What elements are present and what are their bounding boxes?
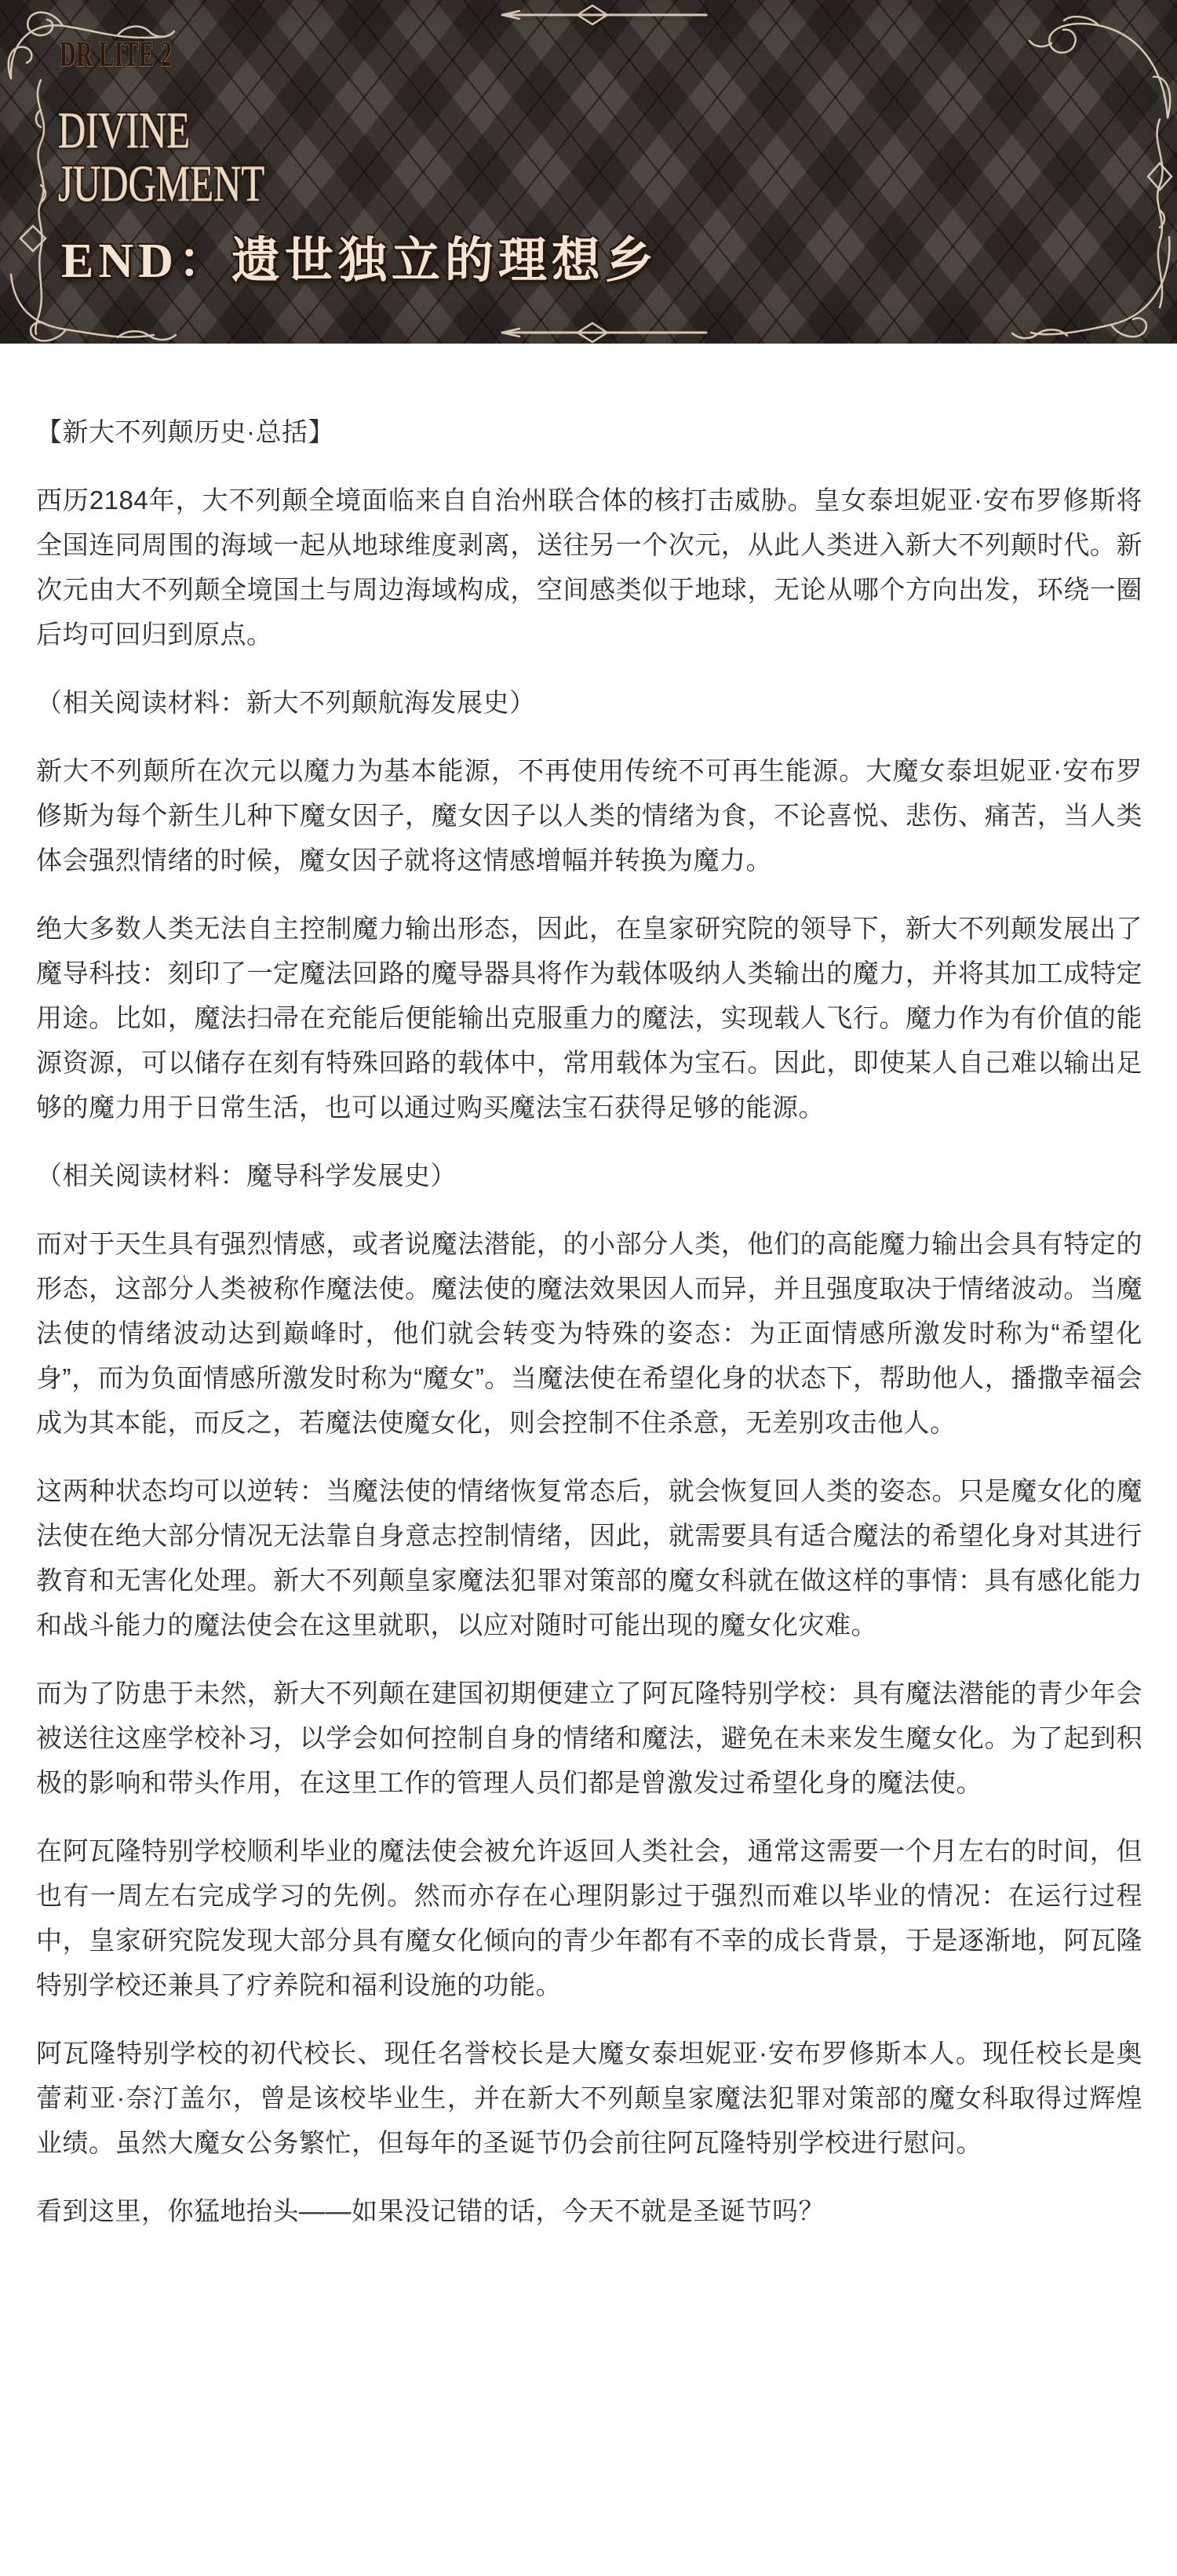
game-title-line-2: JUDGMENT xyxy=(58,158,264,210)
paragraph-avalon-school: 而为了防患于未然，新大不列颠在建国初期便建立了阿瓦隆特别学校：具有魔法潜能的青少… xyxy=(36,1671,1142,1805)
paragraph-mana-energy: 新大不列颠所在次元以魔力为基本能源，不再使用传统不可再生能源。大魔女泰坦妮亚·安… xyxy=(36,748,1142,882)
paragraph-magitech: 绝大多数人类无法自主控制魔力输出形态，因此，在皇家研究院的领导下，新大不列颠发展… xyxy=(36,906,1142,1130)
corner-flourish-top-right xyxy=(1029,16,1170,118)
ending-title: END：遗世独立的理想乡 xyxy=(61,221,658,291)
right-edge-ornament xyxy=(1148,119,1172,307)
paragraph-christmas-realization: 看到这里，你猛地抬头——如果没记错的话，今天不就是圣诞节吗？ xyxy=(36,2189,1142,2233)
paragraph-state-reversal: 这两种状态均可以逆转：当魔法使的情绪恢复常态后，就会恢复回人类的姿态。只是魔女化… xyxy=(36,1468,1142,1647)
corner-flourish-bottom-right xyxy=(1012,237,1169,338)
ending-page: DR LITE 2 DIVINE JUDGMENT END：遗世独立的理想乡 【… xyxy=(0,0,1177,2576)
paragraph-reading-material-1: （相关阅读材料：新大不列颠航海发展史） xyxy=(36,680,1142,725)
paragraph-history-overview: 西历2184年，大不列颠全境面临来自自治州联合体的核打击威胁。皇女泰坦妮亚·安布… xyxy=(36,478,1142,657)
game-logo: DR LITE 2 xyxy=(60,33,172,75)
paragraph-reading-material-2: （相关阅读材料：魔导科学发展史） xyxy=(36,1153,1142,1198)
top-rule-ornament xyxy=(502,5,706,24)
lore-article: 【新大不列颠历史·总括】 西历2184年，大不列颠全境面临来自自治州联合体的核打… xyxy=(0,344,1177,2233)
paragraph-graduation: 在阿瓦隆特别学校顺利毕业的魔法使会被允许返回人类社会，通常这需要一个月左右的时间… xyxy=(36,1828,1142,2007)
paragraph-principals: 阿瓦隆特别学校的初代校长、现任名誉校长是大魔女泰坦妮亚·安布罗修斯本人。现任校长… xyxy=(36,2031,1142,2165)
header-banner: DR LITE 2 DIVINE JUDGMENT END：遗世独立的理想乡 xyxy=(0,0,1177,344)
game-title-line-1: DIVINE xyxy=(58,105,190,157)
left-edge-ornament xyxy=(20,80,46,334)
bottom-rule-ornament xyxy=(502,323,706,342)
paragraph-magic-users: 而对于天生具有强烈情感，或者说魔法潜能，的小部分人类，他们的高能魔力输出会具有特… xyxy=(36,1221,1142,1445)
article-heading: 【新大不列颠历史·总括】 xyxy=(36,409,1142,454)
